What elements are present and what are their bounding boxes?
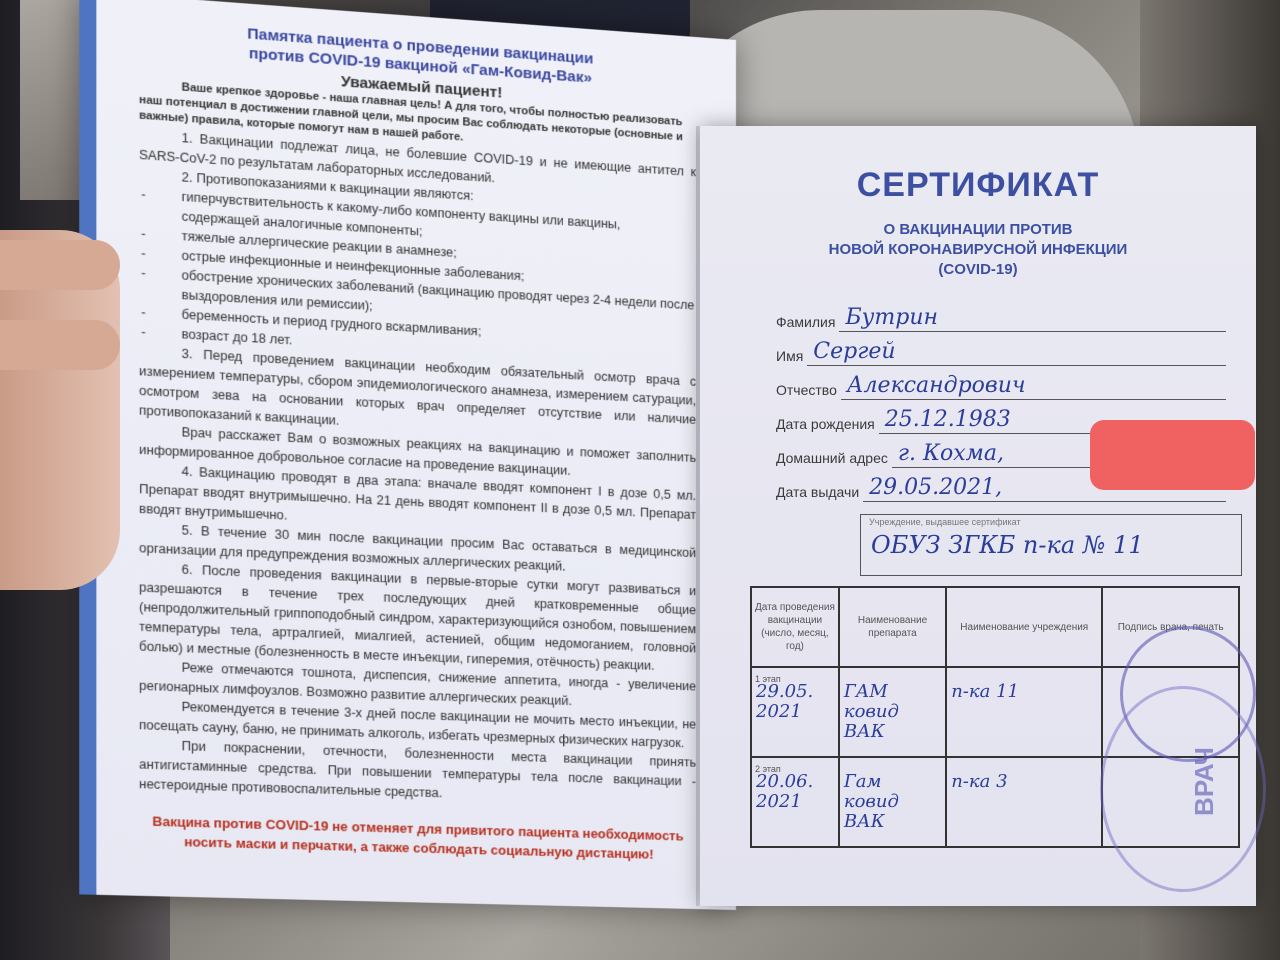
- certificate-subtitle: О ВАКЦИНАЦИИ ПРОТИВ НОВОЙ КОРОНАВИРУСНОЙ…: [700, 220, 1256, 280]
- field-value: Александрович: [841, 373, 1226, 400]
- certificate-page: СЕРТИФИКАТ О ВАКЦИНАЦИИ ПРОТИВ НОВОЙ КОР…: [700, 126, 1256, 906]
- certificate-title: СЕРТИФИКАТ: [700, 166, 1256, 205]
- hand: [0, 230, 120, 590]
- cell-vaccine: Гам ковид ВАК: [839, 757, 946, 847]
- column-header: Дата проведения вакцинации (число, месяц…: [751, 587, 839, 667]
- field-surname: Фамилия Бутрин: [776, 298, 1226, 332]
- field-value: Бутрин: [839, 305, 1226, 332]
- field-label: Имя: [776, 348, 803, 366]
- cell-institution: п-ка 11: [946, 667, 1102, 757]
- stage-label: 2 этап: [755, 759, 781, 779]
- cell-vaccine: ГАМ ковид ВАК: [839, 667, 946, 757]
- subtitle-line: (COVID-19): [700, 260, 1256, 280]
- institution-label: Учреждение, выдавшее сертификат: [869, 517, 1021, 527]
- stamp-text: ВРАЧ: [1189, 747, 1220, 816]
- finger: [0, 320, 120, 370]
- field-value: Сергей: [807, 339, 1226, 366]
- field-patronymic: Отчество Александрович: [776, 366, 1226, 400]
- doctor-stamp-large: [1100, 686, 1266, 892]
- column-header: Наименование учреждения: [946, 587, 1102, 667]
- memo-page: Памятка пациента о проведении вакцинации…: [79, 0, 736, 910]
- certificate: СЕРТИФИКАТ О ВАКЦИНАЦИИ ПРОТИВ НОВОЙ КОР…: [700, 126, 1256, 906]
- field-label: Домашний адрес: [776, 450, 888, 468]
- memo-content: Памятка пациента о проведении вакцинации…: [139, 16, 696, 865]
- institution-value: ОБУЗ ЗГКБ п-ка № 11: [871, 531, 1144, 559]
- cell-date: 1 этап29.05. 2021: [751, 667, 839, 757]
- field-name: Имя Сергей: [776, 332, 1226, 366]
- cell-institution: п-ка 3: [946, 757, 1102, 847]
- subtitle-line: О ВАКЦИНАЦИИ ПРОТИВ: [700, 220, 1256, 240]
- field-label: Дата рождения: [776, 416, 875, 434]
- field-label: Дата выдачи: [776, 484, 859, 502]
- redaction-mark: [1090, 420, 1255, 490]
- subtitle-line: НОВОЙ КОРОНАВИРУСНОЙ ИНФЕКЦИИ: [700, 240, 1256, 260]
- field-label: Отчество: [776, 382, 837, 400]
- stage-label: 1 этап: [755, 669, 781, 689]
- memo-warning: Вакцина против COVID-19 не отменяет для …: [139, 811, 696, 865]
- finger: [0, 240, 120, 290]
- issuing-institution-box: Учреждение, выдавшее сертификат ОБУЗ ЗГК…: [860, 514, 1242, 576]
- field-label: Фамилия: [776, 314, 835, 332]
- cell-date: 2 этап20.06. 2021: [751, 757, 839, 847]
- column-header: Наименование препарата: [839, 587, 946, 667]
